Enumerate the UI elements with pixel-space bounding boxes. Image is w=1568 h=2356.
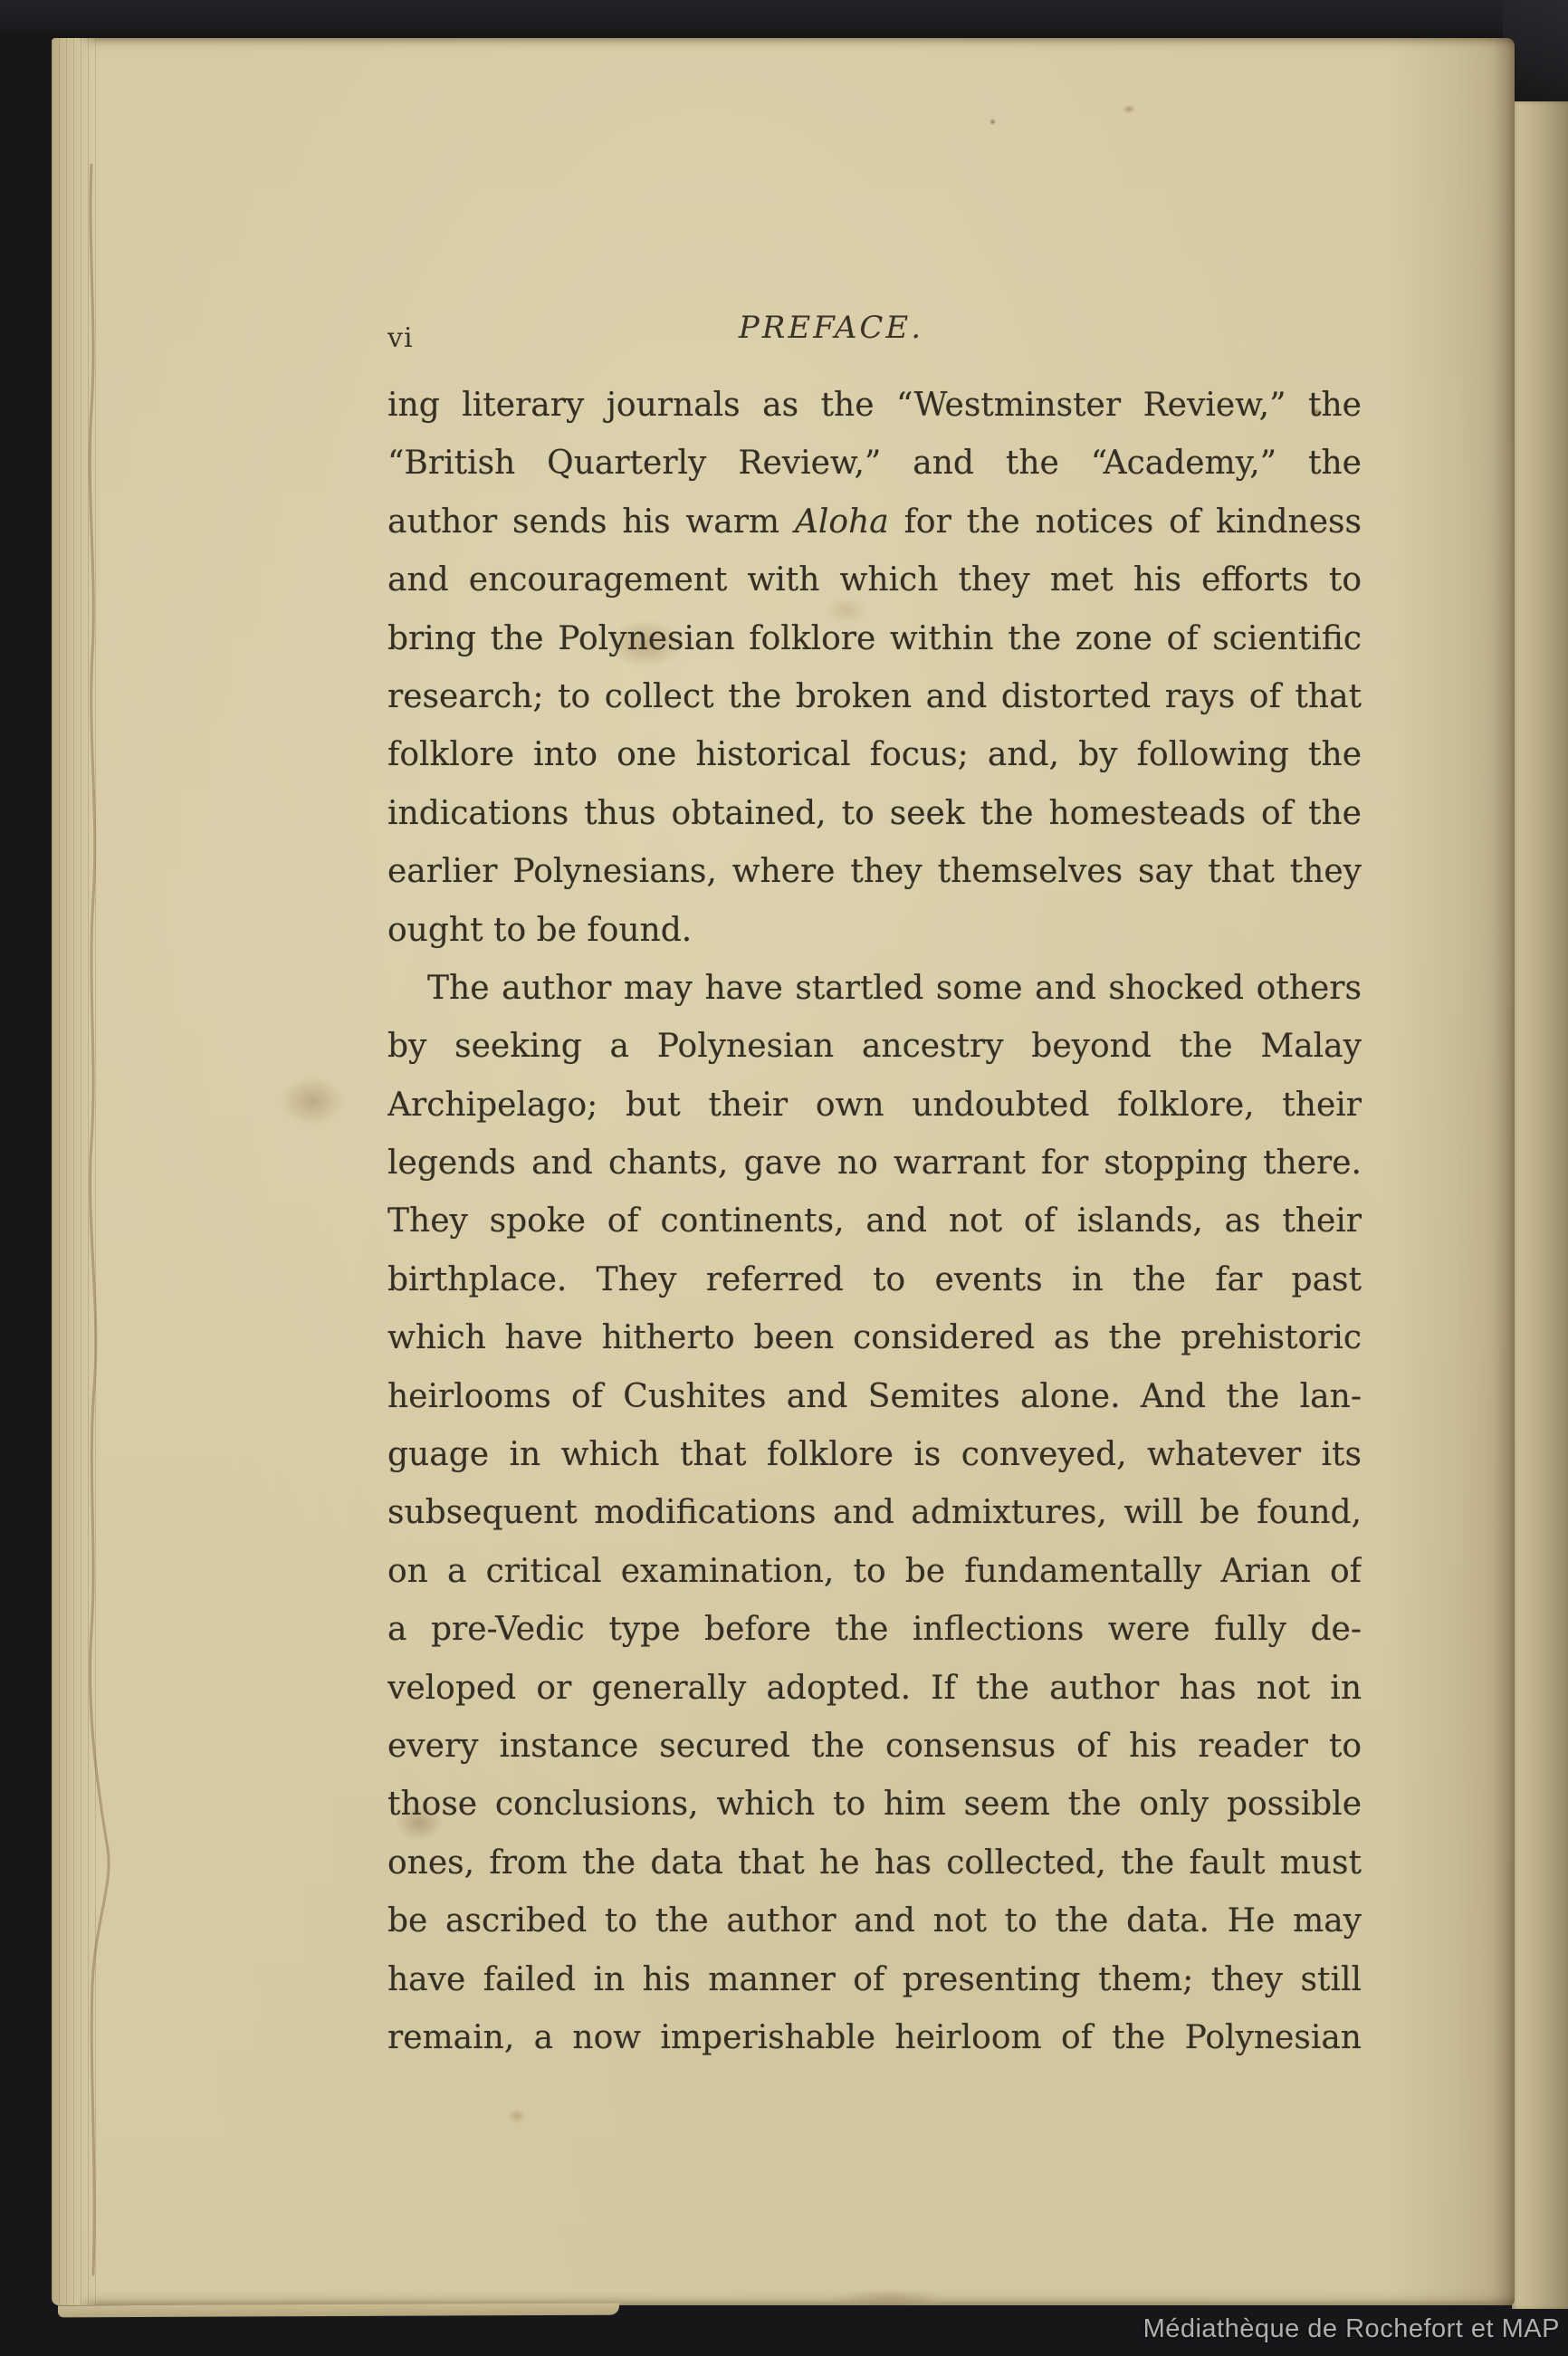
text-segment: Archipelago; but their own undoubted fol… — [387, 1087, 1362, 1124]
text-line: author sends his warm Aloha for the noti… — [387, 493, 1362, 551]
paper-stain — [267, 1066, 358, 1136]
text-line: ing literary journals as the “Westminste… — [387, 377, 1362, 435]
text-line: have failed in his manner of presenting … — [387, 1951, 1362, 2009]
deckle-edge-line — [68, 38, 131, 2305]
text-line: those conclusions, which to him seem the… — [387, 1776, 1362, 1834]
text-segment: birthplace. They referred to events in t… — [387, 1261, 1362, 1298]
text-line: folklore into one historical focus; and,… — [387, 726, 1362, 784]
text-line: earlier Polynesians, where they themselv… — [387, 843, 1362, 901]
text-segment: research; to collect the broken and dist… — [387, 678, 1362, 715]
italic-text: Aloha — [795, 503, 889, 541]
text-segment: every instance secured the consensus of … — [387, 1728, 1362, 1765]
text-segment: ing literary journals as the “Westminste… — [387, 387, 1362, 424]
text-segment: be ascribed to the author and not to the… — [387, 1902, 1362, 1939]
text-line: by seeking a Polynesian ancestry beyond … — [387, 1018, 1362, 1076]
text-segment: have failed in his manner of presenting … — [387, 1961, 1362, 1998]
text-segment: which have hitherto been considered as t… — [387, 1319, 1362, 1356]
book-page: vi PREFACE. ing literary journals as the… — [52, 38, 1515, 2305]
watermark: Médiathèque de Rochefort et MAP — [0, 2314, 1560, 2344]
text-line: indications thus obtained, to seek the h… — [387, 785, 1362, 843]
foxing-spot — [504, 2106, 530, 2126]
text-segment: The author may have startled some and sh… — [427, 970, 1362, 1007]
foxing-spot — [989, 118, 997, 126]
text-segment: ones, from the data that he has collecte… — [387, 1844, 1362, 1882]
text-line: The author may have startled some and sh… — [387, 960, 1362, 1018]
text-line: on a critical examination, to be fundame… — [387, 1543, 1362, 1601]
text-segment: on a critical examination, to be fundame… — [387, 1553, 1362, 1590]
text-segment: a pre-Vedic type before the inflections … — [387, 1611, 1362, 1648]
text-line: a pre-Vedic type before the inflections … — [387, 1601, 1362, 1659]
running-head-title: PREFACE. — [344, 310, 1318, 346]
text-line: veloped or generally adopted. If the aut… — [387, 1660, 1362, 1718]
text-line: “British Quarterly Review,” and the “Aca… — [387, 435, 1362, 493]
text-segment: and encouragement with which they met hi… — [387, 561, 1362, 599]
text-line: heirlooms of Cushites and Semites alone.… — [387, 1368, 1362, 1426]
text-segment: bring the Polynesian folklore within the… — [387, 620, 1362, 657]
text-line: every instance secured the consensus of … — [387, 1718, 1362, 1776]
text-line: research; to collect the broken and dist… — [387, 668, 1362, 726]
text-segment: for the notices of kindness — [889, 503, 1362, 541]
text-line: legends and chants, gave no warrant for … — [387, 1135, 1362, 1192]
text-segment: those conclusions, which to him seem the… — [387, 1786, 1362, 1823]
text-segment: legends and chants, gave no warrant for … — [387, 1144, 1362, 1182]
text-segment: by seeking a Polynesian ancestry beyond … — [387, 1028, 1362, 1065]
text-segment: heirlooms of Cushites and Semites alone.… — [387, 1378, 1362, 1415]
text-line: ones, from the data that he has collecte… — [387, 1834, 1362, 1892]
text-segment: author sends his warm — [387, 503, 795, 541]
foxing-spot — [1120, 103, 1138, 115]
body-text: ing literary journals as the “Westminste… — [387, 377, 1362, 2067]
text-segment: “British Quarterly Review,” and the “Aca… — [387, 445, 1362, 482]
text-segment: subsequent modifications and admixtures,… — [387, 1494, 1362, 1531]
text-segment: ought to be found. — [387, 912, 692, 949]
photo-backdrop: vi PREFACE. ing literary journals as the… — [0, 0, 1568, 2356]
paper-stain — [812, 2285, 966, 2311]
gutter-shadow — [1388, 38, 1515, 2305]
text-line: ought to be found. — [387, 902, 1362, 960]
text-line: remain, a now imperishable heirloom of t… — [387, 2009, 1362, 2067]
text-line: They spoke of continents, and not of isl… — [387, 1192, 1362, 1250]
text-line: subsequent modifications and admixtures,… — [387, 1484, 1362, 1542]
book-binding-edge — [1512, 101, 1568, 2309]
text-line: guage in which that folklore is conveyed… — [387, 1426, 1362, 1484]
text-line: and encouragement with which they met hi… — [387, 551, 1362, 609]
text-segment: earlier Polynesians, where they themselv… — [387, 853, 1362, 890]
text-segment: indications thus obtained, to seek the h… — [387, 795, 1362, 832]
text-line: Archipelago; but their own undoubted fol… — [387, 1077, 1362, 1135]
text-segment: guage in which that folklore is conveyed… — [387, 1436, 1362, 1473]
text-segment: veloped or generally adopted. If the aut… — [387, 1670, 1362, 1707]
book-cover-cloth-top — [0, 0, 1568, 40]
text-line: birthplace. They referred to events in t… — [387, 1251, 1362, 1309]
text-segment: remain, a now imperishable heirloom of t… — [387, 2019, 1362, 2056]
text-line: bring the Polynesian folklore within the… — [387, 610, 1362, 668]
text-line: which have hitherto been considered as t… — [387, 1309, 1362, 1367]
text-segment: folklore into one historical focus; and,… — [387, 736, 1362, 773]
text-segment: They spoke of continents, and not of isl… — [387, 1202, 1362, 1240]
text-line: be ascribed to the author and not to the… — [387, 1892, 1362, 1950]
running-head: vi PREFACE. — [387, 310, 1362, 368]
